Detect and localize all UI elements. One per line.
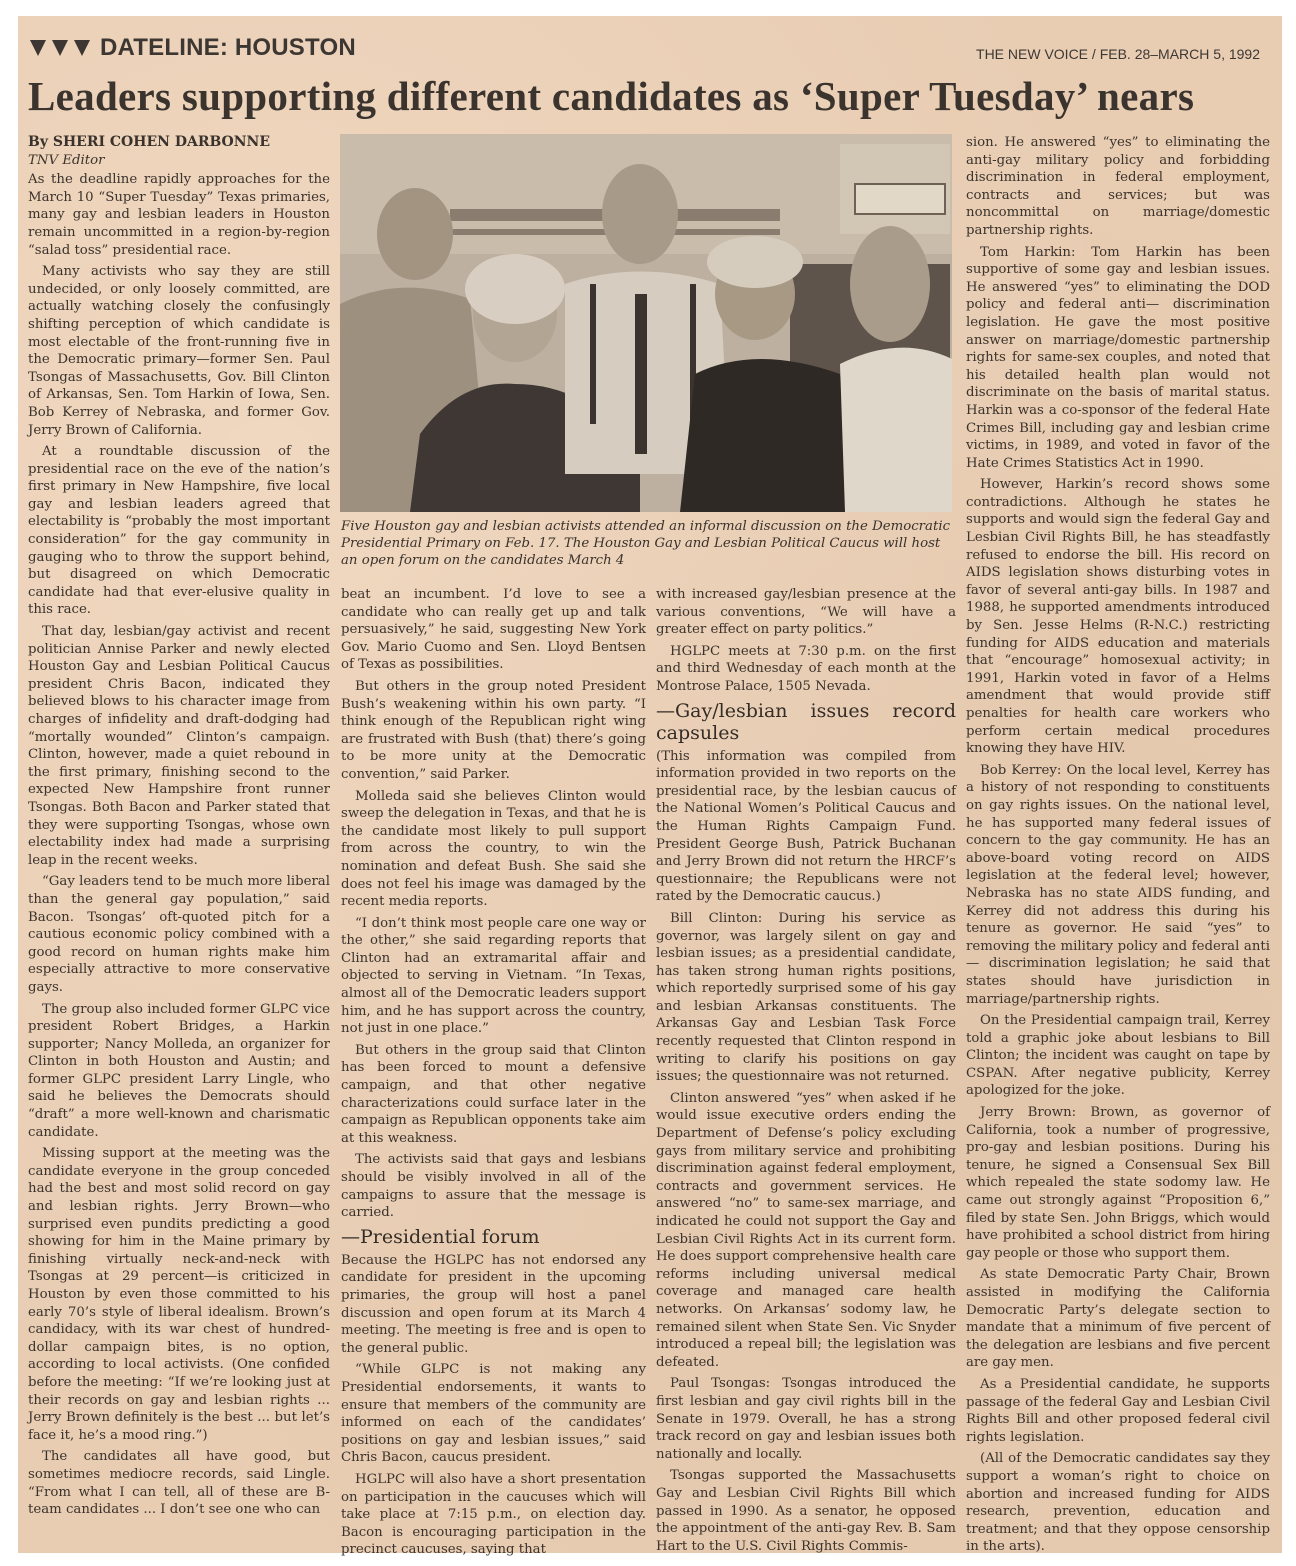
paragraph: Because the HGLPC has not endorsed any c… — [341, 1252, 646, 1358]
paragraph: “While GLPC is not making any Presidenti… — [341, 1361, 646, 1467]
headline: Leaders supporting different candidates … — [28, 72, 1194, 120]
publication-date: THE NEW VOICE / FEB. 28–MARCH 5, 1992 — [976, 46, 1260, 62]
paragraph: Tsongas supported the Massachusetts Gay … — [656, 1467, 956, 1555]
newspaper-clipping: DATELINE: HOUSTON THE NEW VOICE / FEB. 2… — [18, 16, 1282, 1553]
paragraph: Many activists who say they are still un… — [28, 263, 330, 439]
dateline-header: DATELINE: HOUSTON — [30, 34, 356, 62]
paragraph: (This information was compiled from info… — [656, 748, 956, 906]
paragraph: The group also included former GLPC vice… — [28, 1001, 330, 1142]
paragraph: HGLPC will also have a short presentatio… — [341, 1471, 646, 1559]
paragraph: But others in the group noted President … — [341, 678, 646, 784]
paragraph: (All of the Democratic candidates say th… — [966, 1450, 1270, 1556]
paragraph: Bob Kerrey: On the local level, Kerrey h… — [966, 762, 1270, 1008]
article-column-4: sion. He answered “yes” to eliminating t… — [966, 134, 1270, 1560]
dateline-label: DATELINE: HOUSTON — [100, 34, 356, 62]
paragraph: As state Democratic Party Chair, Brown a… — [966, 1266, 1270, 1372]
paragraph: As the deadline rapidly approaches for t… — [28, 171, 330, 259]
triangle-down-icon — [74, 40, 90, 56]
paragraph: But others in the group said that Clinto… — [341, 1042, 646, 1148]
triangle-down-icon — [52, 40, 68, 56]
subhead-presidential-forum: —Presidential forum — [341, 1226, 646, 1248]
paragraph: Paul Tsongas: Tsongas introduced the fir… — [656, 1375, 956, 1463]
byline-author: By SHERI COHEN DARBONNE — [28, 134, 330, 152]
article-column-1: By SHERI COHEN DARBONNE TNV Editor As th… — [28, 134, 330, 1523]
paragraph: with increased gay/lesbian presence at t… — [656, 586, 956, 639]
paragraph: The activists said that gays and lesbian… — [341, 1151, 646, 1221]
article-column-3: with increased gay/lesbian presence at t… — [656, 586, 956, 1559]
paragraph: sion. He answered “yes” to eliminating t… — [966, 134, 1270, 240]
photo-caption: Five Houston gay and lesbian activists a… — [341, 518, 951, 569]
paragraph: “I don’t think most people care one way … — [341, 915, 646, 1038]
group-photo — [340, 134, 952, 512]
paragraph: Bill Clinton: During his service as gove… — [656, 910, 956, 1086]
paragraph: As a Presidential candidate, he supports… — [966, 1376, 1270, 1446]
photo-image — [340, 134, 952, 512]
byline-title: TNV Editor — [28, 152, 330, 170]
paragraph: “Gay leaders tend to be much more libera… — [28, 873, 330, 996]
paragraph: On the Presidential campaign trail, Kerr… — [966, 1012, 1270, 1100]
paragraph: Tom Harkin: Tom Harkin has been supporti… — [966, 244, 1270, 473]
paragraph: At a roundtable discussion of the presid… — [28, 443, 330, 619]
subhead-record-capsules: —Gay/lesbian issues record capsules — [656, 700, 956, 744]
paragraph: beat an incumbent. I’d love to see a can… — [341, 586, 646, 674]
paragraph: Missing support at the meeting was the c… — [28, 1145, 330, 1444]
paragraph: Molleda said she believes Clinton would … — [341, 788, 646, 911]
paragraph: Clinton answered “yes” when asked if he … — [656, 1090, 956, 1372]
paragraph: However, Harkin’s record shows some cont… — [966, 476, 1270, 758]
paragraph: The candidates all have good, but someti… — [28, 1448, 330, 1518]
article-column-2: beat an incumbent. I’d love to see a can… — [341, 586, 646, 1563]
triangle-down-icon — [30, 40, 46, 56]
paragraph: Jerry Brown: Brown, as governor of Calif… — [966, 1104, 1270, 1262]
paragraph: That day, lesbian/gay activist and recen… — [28, 623, 330, 869]
paragraph: HGLPC meets at 7:30 p.m. on the first an… — [656, 643, 956, 696]
